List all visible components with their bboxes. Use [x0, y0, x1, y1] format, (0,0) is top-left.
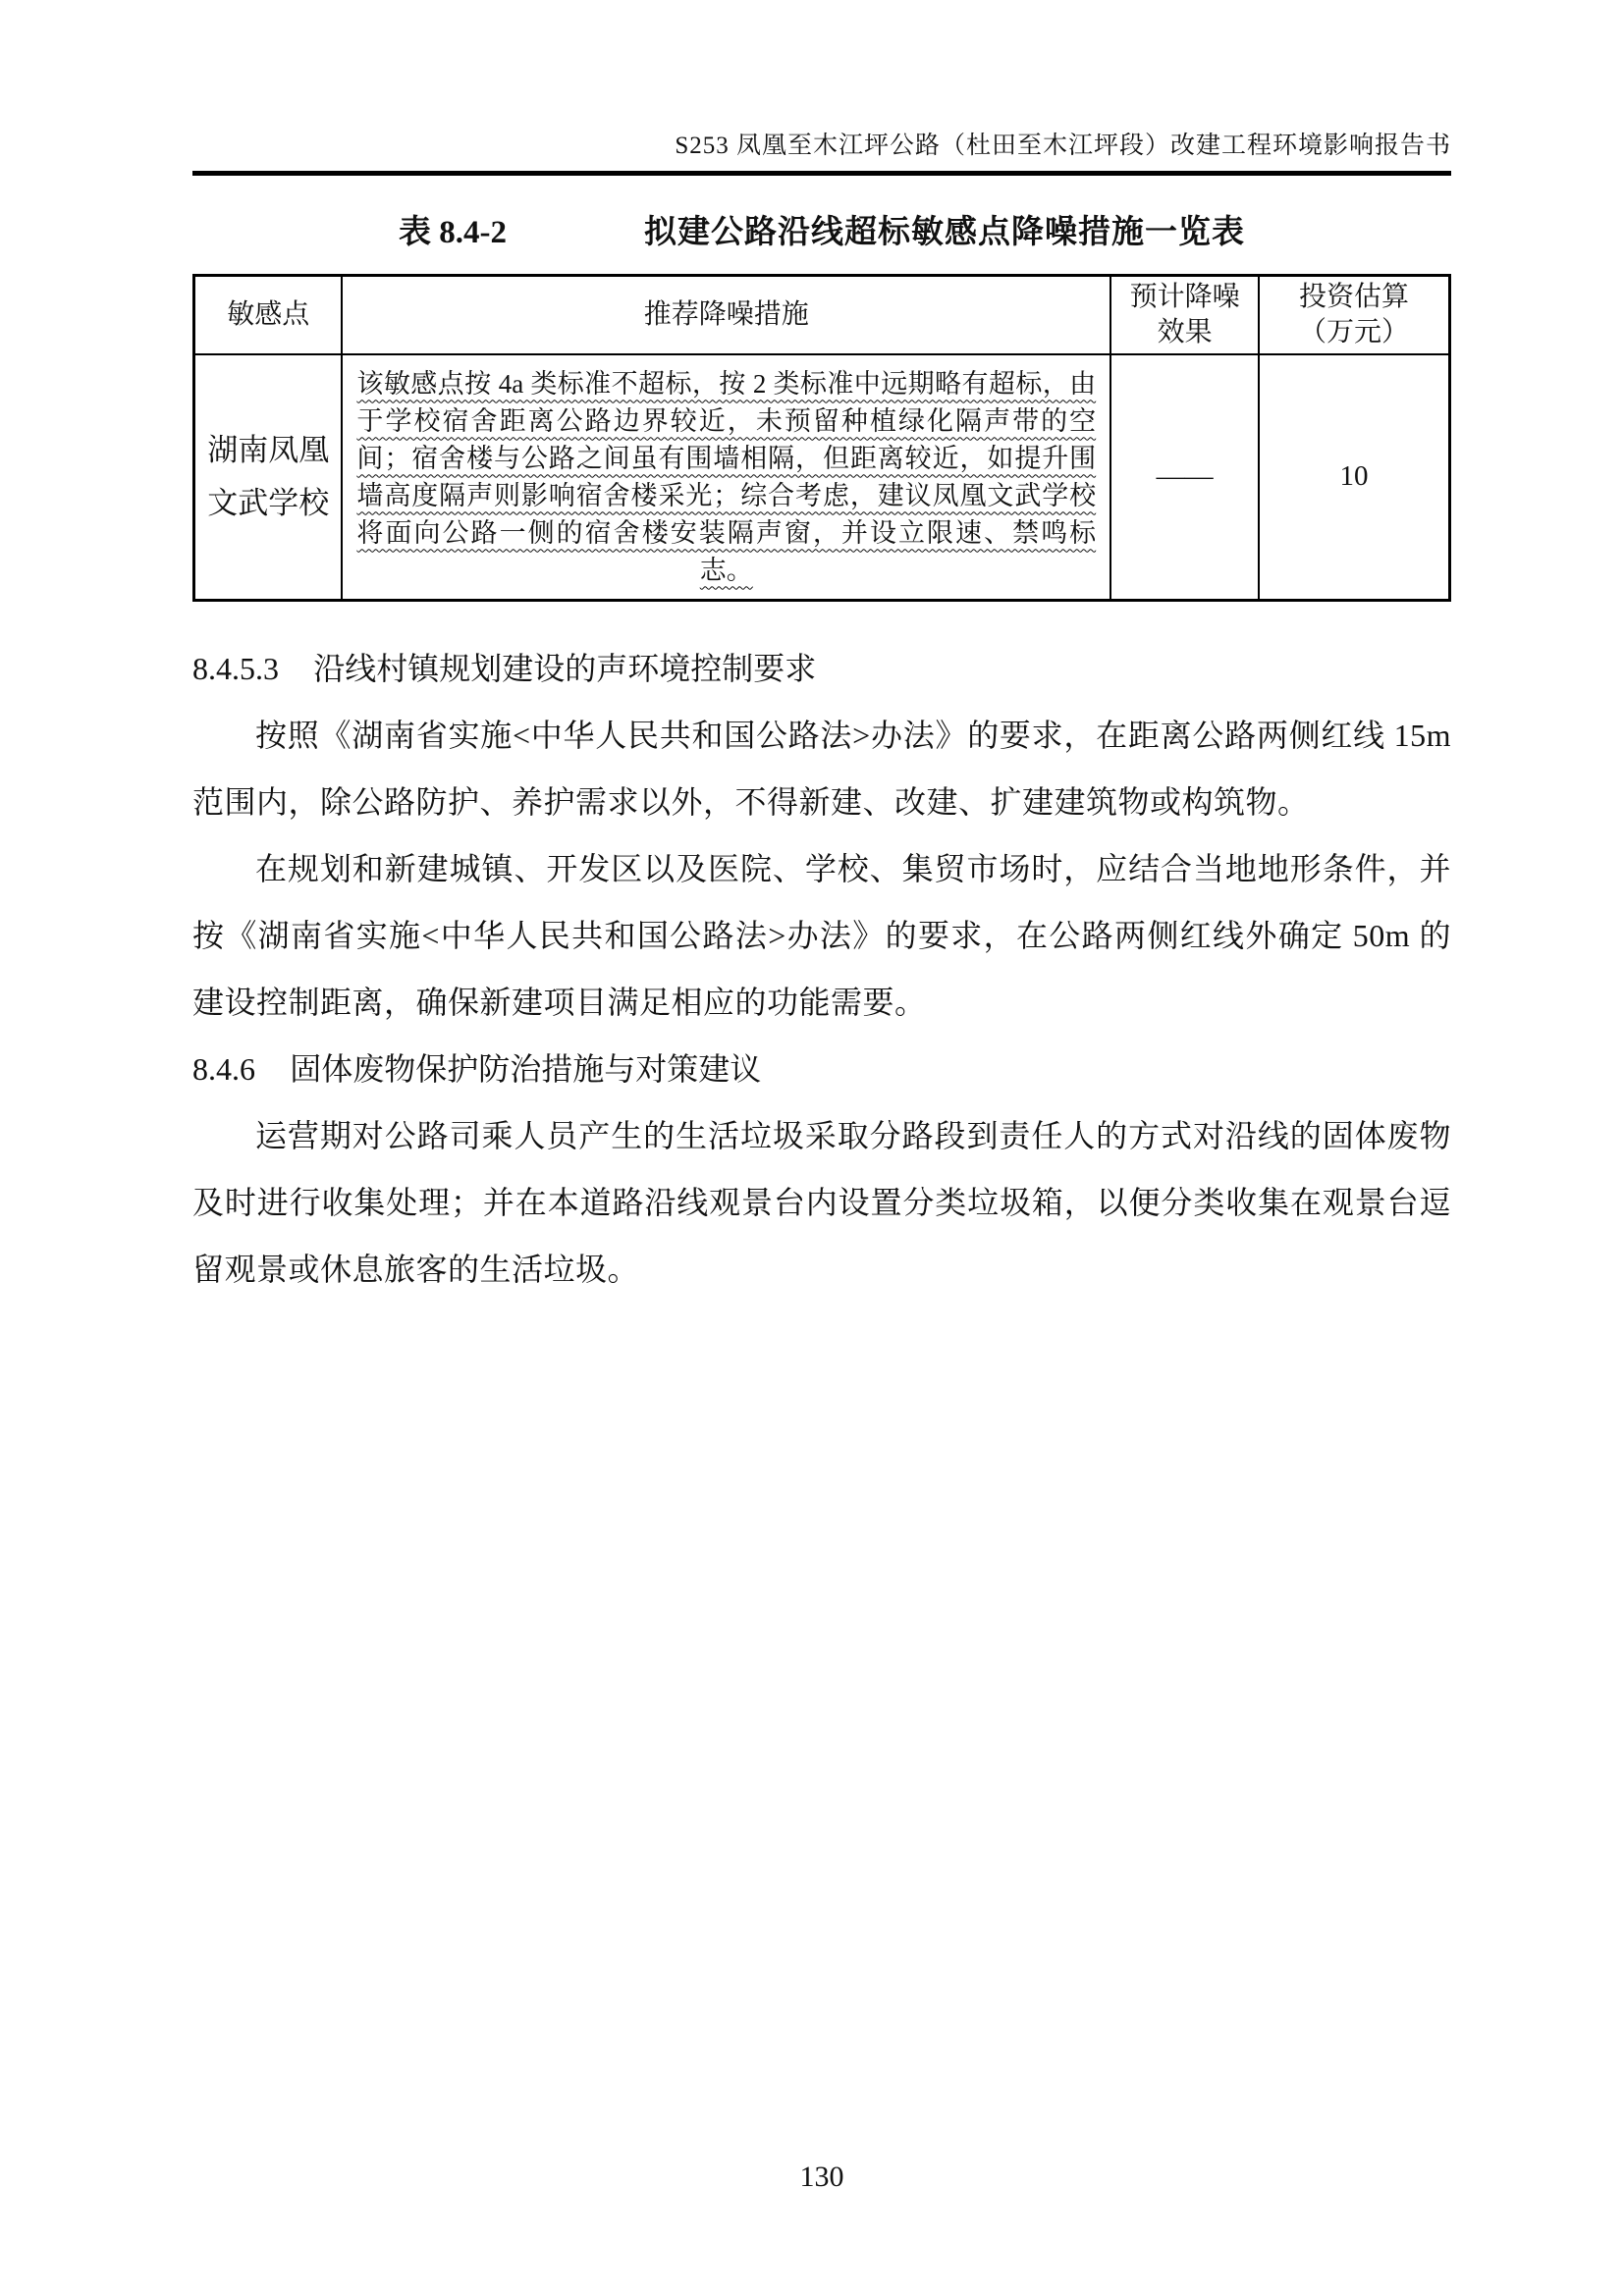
- col-header-sensitive-point: 敏感点: [194, 276, 343, 354]
- section-title: 沿线村镇规划建设的声环境控制要求: [313, 651, 816, 686]
- table-row: 湖南凤凰文武学校 该敏感点按 4a 类标准不超标，按 2 类标准中远期略有超标，…: [194, 354, 1450, 601]
- paragraph: 按照《湖南省实施<中华人民共和国公路法>办法》的要求，在距离公路两侧红线 15m…: [192, 702, 1451, 835]
- section-heading: 8.4.5.3沿线村镇规划建设的声环境控制要求: [192, 635, 1451, 702]
- measure-text: 该敏感点按 4a 类标准不超标，按 2 类标准中远期略有超标，由于学校宿舍距离公…: [356, 365, 1096, 589]
- section-heading: 8.4.6固体废物保护防治措施与对策建议: [192, 1036, 1451, 1102]
- document-page: S253 凤凰至木江坪公路（杜田至木江坪段）改建工程环境影响报告书 表 8.4-…: [0, 0, 1624, 2296]
- table-header-row: 敏感点 推荐降噪措施 预计降噪 效果 投资估算 （万元）: [194, 276, 1450, 354]
- cell-sensitive-point: 湖南凤凰文武学校: [194, 354, 343, 601]
- page-number: 130: [800, 2161, 844, 2193]
- paragraph: 运营期对公路司乘人员产生的生活垃圾采取分路段到责任人的方式对沿线的固体废物及时进…: [192, 1102, 1451, 1303]
- col-header-recommended-measure: 推荐降噪措施: [342, 276, 1110, 354]
- report-title-header: S253 凤凰至木江坪公路（杜田至木江坪段）改建工程环境影响报告书: [675, 133, 1451, 159]
- page-footer: 130: [192, 2161, 1451, 2194]
- body-sections: 8.4.5.3沿线村镇规划建设的声环境控制要求 按照《湖南省实施<中华人民共和国…: [192, 635, 1451, 1303]
- paragraph: 在规划和新建城镇、开发区以及医院、学校、集贸市场时，应结合当地地形条件，并按《湖…: [192, 835, 1451, 1036]
- table-caption: 表 8.4-2 拟建公路沿线超标敏感点降噪措施一览表: [192, 211, 1451, 254]
- section-8-4-5-3: 8.4.5.3沿线村镇规划建设的声环境控制要求 按照《湖南省实施<中华人民共和国…: [192, 635, 1451, 1036]
- col-header-expected-effect: 预计降噪 效果: [1110, 276, 1259, 354]
- col-header-investment-estimate: 投资估算 （万元）: [1259, 276, 1449, 354]
- section-number: 8.4.5.3: [192, 651, 279, 686]
- cell-expected-effect: ——: [1110, 354, 1259, 601]
- section-number: 8.4.6: [192, 1051, 255, 1087]
- section-8-4-6: 8.4.6固体废物保护防治措施与对策建议 运营期对公路司乘人员产生的生活垃圾采取…: [192, 1036, 1451, 1303]
- noise-measures-table: 敏感点 推荐降噪措施 预计降噪 效果 投资估算 （万元） 湖南凤凰文武学校 该敏…: [192, 274, 1451, 602]
- table-caption-label: 表 8.4-2: [399, 211, 507, 254]
- table-caption-title: 拟建公路沿线超标敏感点降噪措施一览表: [644, 211, 1245, 254]
- section-title: 固体废物保护防治措施与对策建议: [290, 1051, 761, 1087]
- page-header: S253 凤凰至木江坪公路（杜田至木江坪段）改建工程环境影响报告书: [192, 130, 1451, 163]
- cell-recommended-measure: 该敏感点按 4a 类标准不超标，按 2 类标准中远期略有超标，由于学校宿舍距离公…: [342, 354, 1110, 601]
- cell-investment-estimate: 10: [1259, 354, 1449, 601]
- header-rule: [192, 171, 1451, 176]
